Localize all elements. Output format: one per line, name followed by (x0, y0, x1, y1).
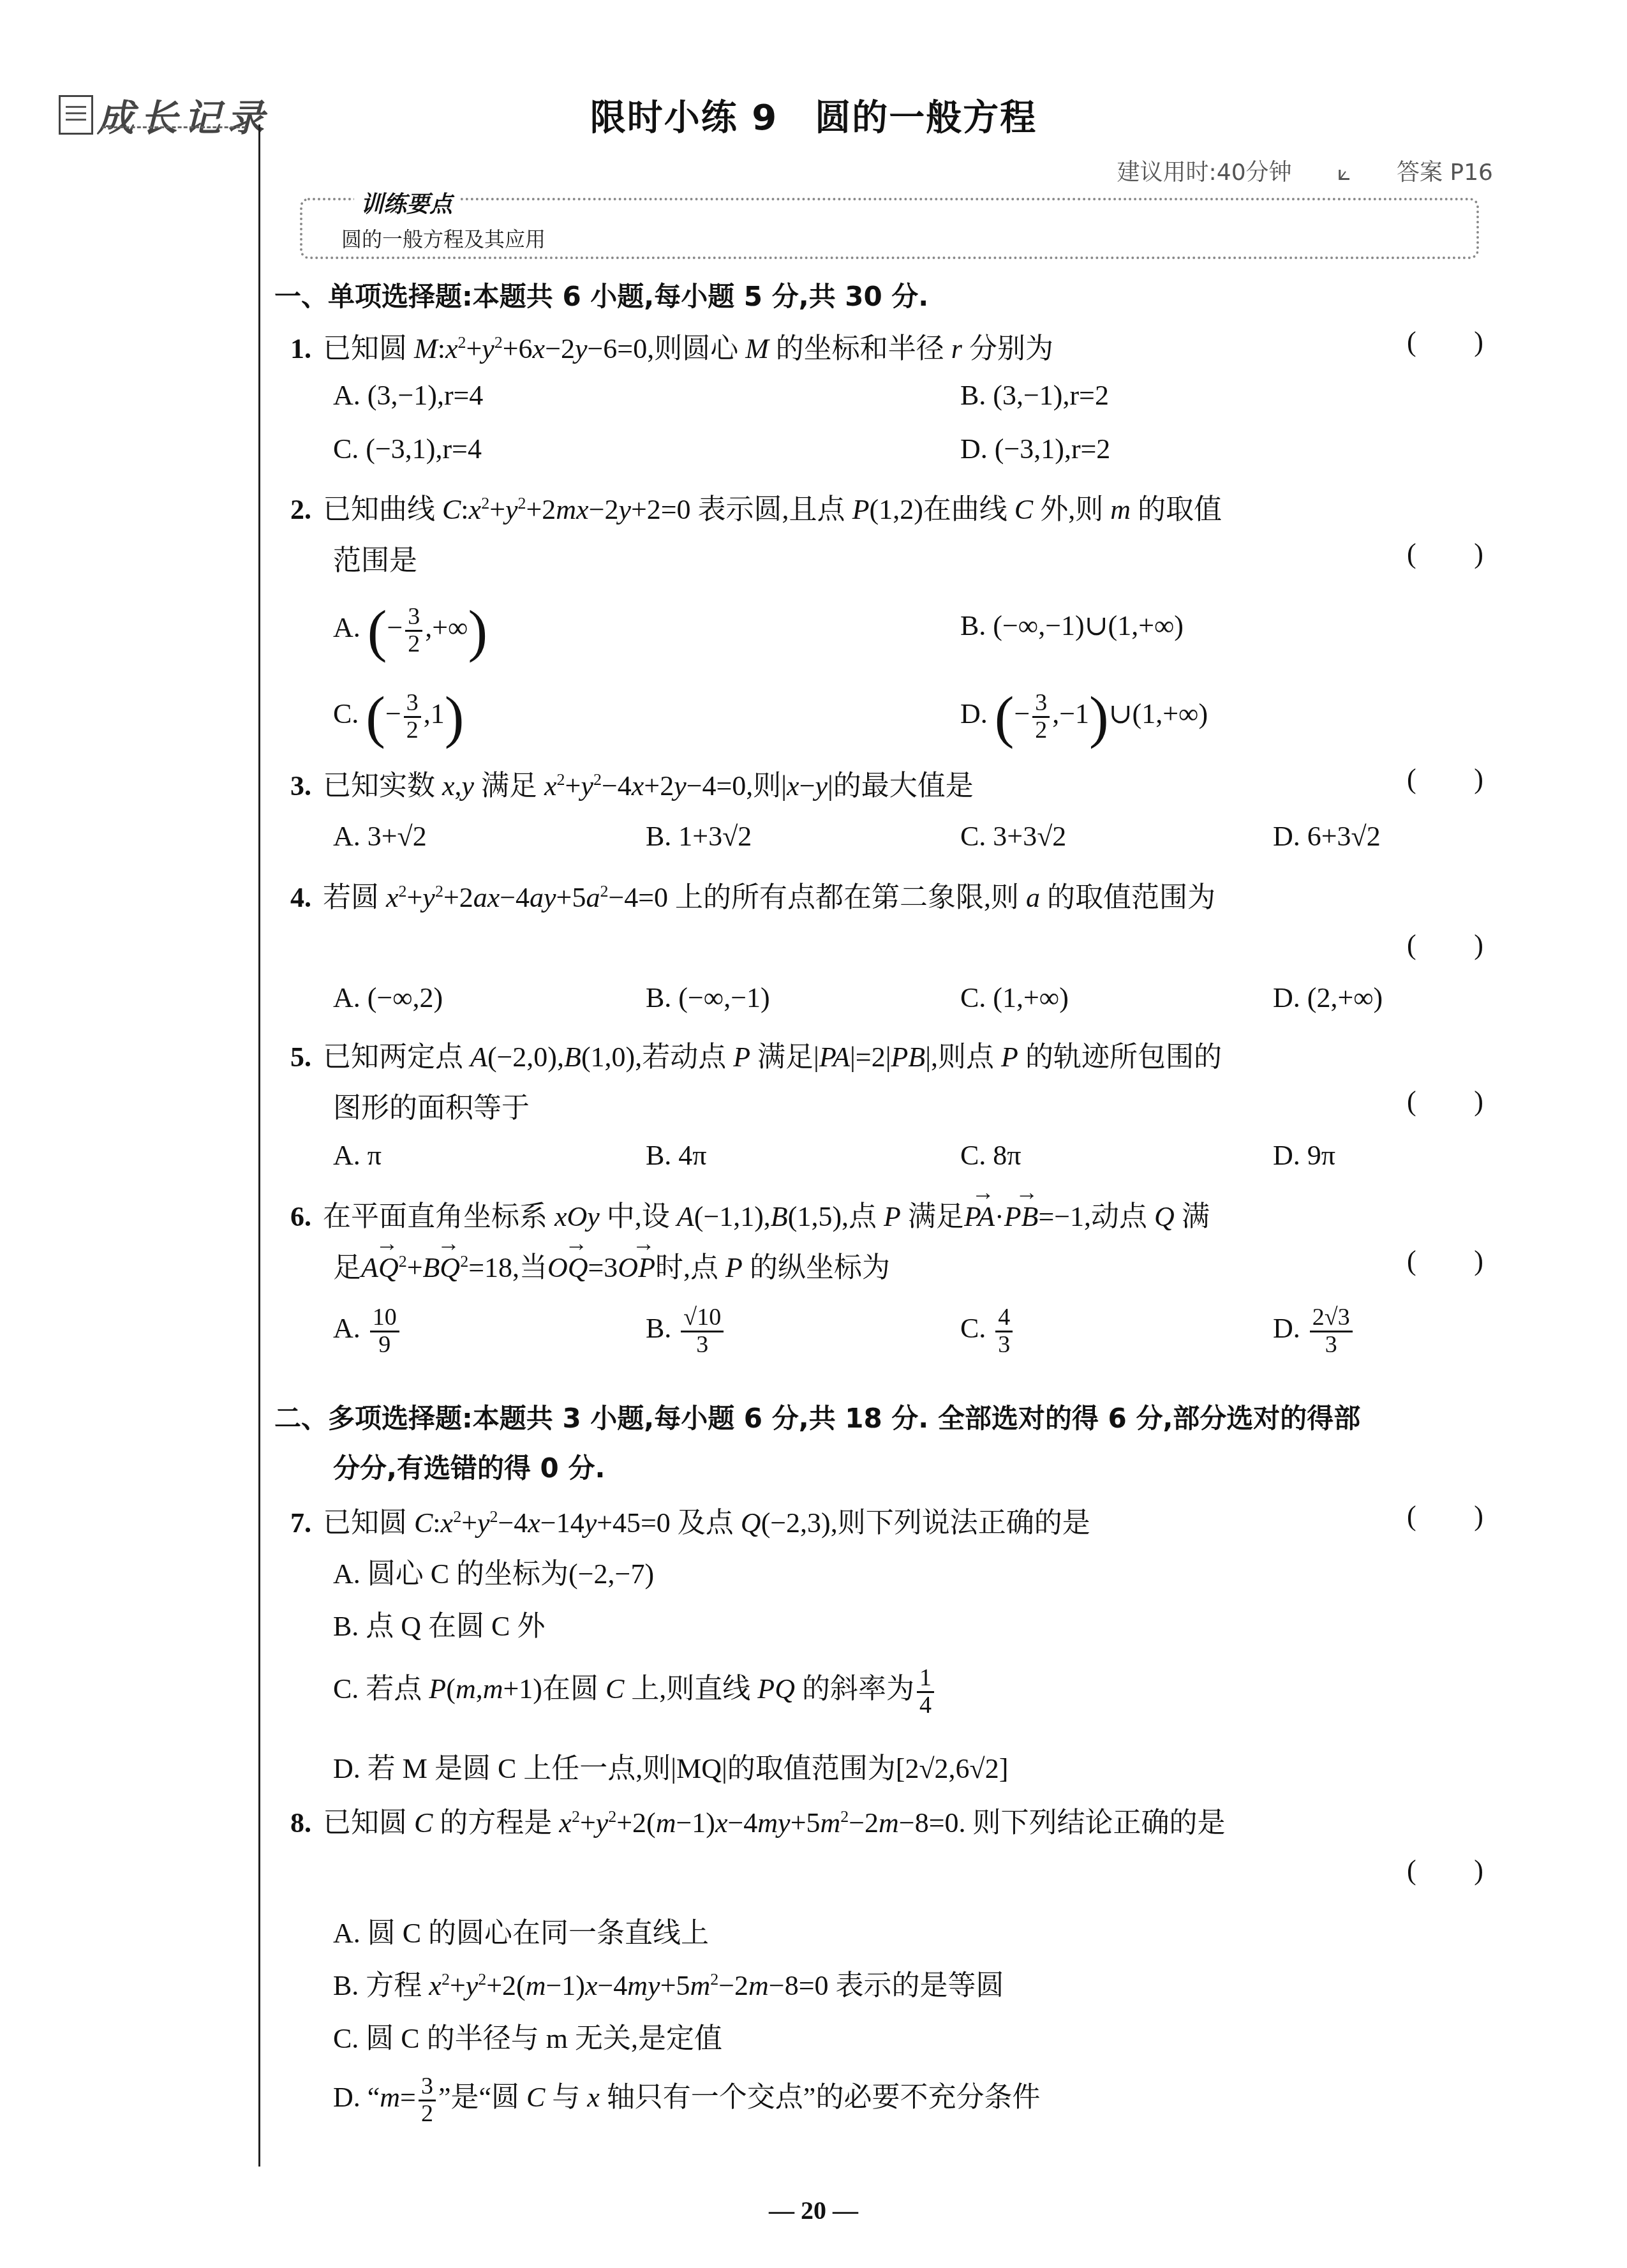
q5-option-a: A. π (333, 1139, 382, 1172)
answer-blank-2[interactable]: () (1407, 537, 1483, 570)
question-stem: 已知圆 C 的方程是 x2+y2+2(m−1)x−4my+5m2−2m−8=0.… (323, 1807, 1226, 1839)
answer-blank-3[interactable]: () (1407, 763, 1483, 795)
answer-reference: ⟀ 答案 P16 (1337, 160, 1493, 186)
q8-option-a: A. 圆 C 的圆心在同一条直线上 (333, 1910, 709, 1951)
question-number: 1. (290, 333, 311, 364)
question-number: 4. (290, 882, 311, 913)
q8-option-d: D. “m=32”是“圆 C 与 x 轴只有一个交点”的必要不充分条件 (333, 2074, 1040, 2127)
q1-option-d: D. (−3,1),r=2 (960, 433, 1110, 465)
margin-rule (258, 124, 260, 2167)
question-6: 6.在平面直角坐标系 xOy 中,设 A(−1,1),B(1,5),点 P 满足… (290, 1193, 1210, 1234)
answer-blank-5[interactable]: () (1407, 1085, 1483, 1117)
question-stem: 已知圆 C:x2+y2−4x−14y+45=0 及点 Q(−2,3),则下列说法… (323, 1507, 1090, 1539)
q1-option-c: C. (−3,1),r=4 (333, 433, 482, 465)
answer-ref-text: 答案 P16 (1397, 160, 1493, 186)
key-points-label: 训练要点 (354, 186, 459, 219)
question-number: 2. (290, 494, 311, 525)
q7-option-d: D. 若 M 是圆 C 上任一点,则|MQ|的取值范围为[2√2,6√2] (333, 1745, 1008, 1786)
q6-option-c: C. 43 (960, 1305, 1015, 1358)
q6-option-d: D. 2√33 (1273, 1305, 1355, 1358)
question-number: 7. (290, 1507, 311, 1539)
answer-blank-6[interactable]: () (1407, 1244, 1483, 1277)
q4-option-d: D. (2,+∞) (1273, 981, 1383, 1014)
question-stem: 已知圆 M:x2+y2+6x−2y−6=0,则圆心 M 的坐标和半径 r 分别为 (323, 333, 1053, 364)
question-2: 2.已知曲线 C:x2+y2+2mx−2y+2=0 表示圆,且点 P(1,2)在… (290, 486, 1222, 527)
q2-option-d: D. (−32,−1)∪(1,+∞) (960, 683, 1208, 750)
question-stem: 已知两定点 A(−2,0),B(1,0),若动点 P 满足|PA|=2|PB|,… (323, 1041, 1222, 1073)
q2-option-a: A. (−32,+∞) (333, 597, 487, 664)
page-number: — 20 — (0, 2195, 1627, 2225)
q6-option-b: B. √103 (646, 1305, 726, 1358)
q5-option-d: D. 9π (1273, 1139, 1335, 1172)
q3-option-b: B. 1+3√2 (646, 820, 752, 853)
question-number: 6. (290, 1201, 311, 1232)
q7-option-c: C. 若点 P(m,m+1)在圆 C 上,则直线 PQ 的斜率为14 (333, 1666, 937, 1719)
q4-option-b: B. (−∞,−1) (646, 981, 770, 1014)
q8-option-c: C. 圆 C 的半径与 m 无关,是定值 (333, 2015, 722, 2056)
question-1: 1.已知圆 M:x2+y2+6x−2y−6=0,则圆心 M 的坐标和半径 r 分… (290, 325, 1053, 366)
q8-option-b: B. 方程 x2+y2+2(m−1)x−4my+5m2−2m−8=0 表示的是等… (333, 1962, 1004, 2003)
q3-option-c: C. 3+3√2 (960, 820, 1066, 853)
question-2-cont: 范围是 (333, 537, 417, 578)
q7-option-b: B. 点 Q 在圆 C 外 (333, 1603, 545, 1644)
key-points-text: 圆的一般方程及其应用 (341, 223, 546, 253)
section-heading-2-cont: 分分,有选错的得 0 分. (333, 1447, 605, 1486)
section-heading-2: 二、多项选择题:本题共 3 小题,每小题 6 分,共 18 分. 全部选对的得 … (274, 1398, 1360, 1436)
question-stem: 在平面直角坐标系 xOy 中,设 A(−1,1),B(1,5),点 P 满足PA… (323, 1201, 1210, 1232)
answer-blank-1[interactable]: () (1407, 325, 1483, 358)
q5-option-c: C. 8π (960, 1139, 1022, 1172)
q6-option-a: A. 109 (333, 1305, 402, 1358)
question-number: 3. (290, 770, 311, 802)
q2-option-c: C. (−32,1) (333, 683, 464, 750)
section-heading-1: 一、单项选择题:本题共 6 小题,每小题 5 分,共 30 分. (274, 276, 928, 314)
q1-option-b: B. (3,−1),r=2 (960, 379, 1109, 412)
suggested-time: 建议用时:40分钟 (1117, 160, 1292, 186)
question-3: 3.已知实数 x,y 满足 x2+y2−4x+2y−4=0,则|x−y|的最大值… (290, 763, 974, 803)
answer-blank-7[interactable]: () (1407, 1500, 1483, 1532)
question-stem: 若圆 x2+y2+2ax−4ay+5a2−4=0 上的所有点都在第二象限,则 a… (323, 882, 1215, 913)
answer-blank-8[interactable]: () (1407, 1854, 1483, 1886)
page-meta: 建议用时:40分钟 ⟀ 答案 P16 (1079, 154, 1493, 187)
question-8: 8.已知圆 C 的方程是 x2+y2+2(m−1)x−4my+5m2−2m−8=… (290, 1800, 1226, 1840)
answer-blank-4[interactable]: () (1407, 929, 1483, 961)
question-number: 8. (290, 1807, 311, 1839)
page-title: 限时小练 9 圆的一般方程 (0, 89, 1627, 140)
q4-option-c: C. (1,+∞) (960, 981, 1069, 1014)
question-6-cont: 足AQ2+BQ2=18,当OQ=3OP时,点 P 的纵坐标为 (333, 1244, 890, 1285)
q1-option-a: A. (3,−1),r=4 (333, 379, 483, 412)
q3-option-d: D. 6+3√2 (1273, 820, 1381, 853)
question-7: 7.已知圆 C:x2+y2−4x−14y+45=0 及点 Q(−2,3),则下列… (290, 1500, 1090, 1541)
question-stem: 已知实数 x,y 满足 x2+y2−4x+2y−4=0,则|x−y|的最大值是 (323, 770, 974, 802)
q4-option-a: A. (−∞,2) (333, 981, 443, 1014)
q5-option-b: B. 4π (646, 1139, 707, 1172)
question-stem: 已知曲线 C:x2+y2+2mx−2y+2=0 表示圆,且点 P(1,2)在曲线… (323, 494, 1222, 525)
question-5: 5.已知两定点 A(−2,0),B(1,0),若动点 P 满足|PA|=2|PB… (290, 1034, 1222, 1075)
question-number: 5. (290, 1041, 311, 1073)
q2-option-b: B. (−∞,−1)∪(1,+∞) (960, 609, 1184, 642)
question-5-cont: 图形的面积等于 (333, 1085, 530, 1126)
question-4: 4.若圆 x2+y2+2ax−4ay+5a2−4=0 上的所有点都在第二象限,则… (290, 874, 1215, 915)
q3-option-a: A. 3+√2 (333, 820, 427, 853)
q7-option-a: A. 圆心 C 的坐标为(−2,−7) (333, 1551, 654, 1592)
